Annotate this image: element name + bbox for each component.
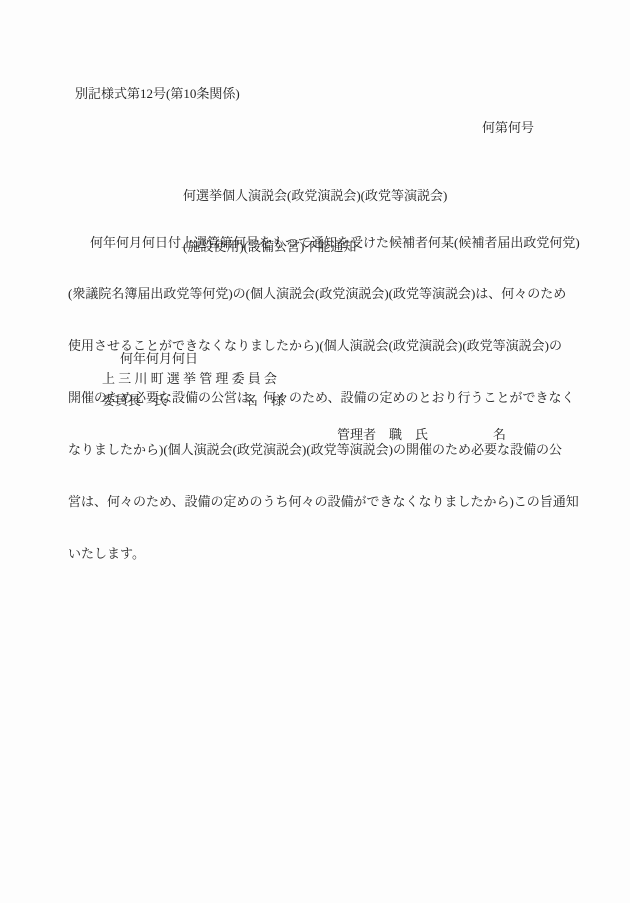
chairman-name-line: 委員長 氏 名 様 — [102, 392, 284, 409]
document-number: 何第何号 — [482, 119, 534, 136]
body-line: なりましたから)(個人演説会(政党演説会)(政党等演説会)の開催のため必要な設備… — [68, 441, 580, 458]
committee-name: 上三川町選挙管理委員会 — [102, 370, 280, 387]
body-line: 何年何月何日付上選管第何号をもつて通知を受けた候補者何某(候補者届出政党何党) — [68, 234, 580, 251]
body-line: 営は、何々のため、設備の定めのうち何々の設備ができなくなりましたから)この旨通知 — [68, 493, 580, 510]
form-reference: 別記様式第12号(第10条関係) — [75, 85, 240, 102]
body-line: いたします。 — [68, 545, 580, 562]
body-line: (衆議院名簿届出政党等何党)の(個人演説会(政党演説会)(政党等演説会)は、何々… — [68, 285, 580, 302]
date-line: 何年何月何日 — [120, 350, 198, 367]
manager-name-line: 管理者 職 氏 名 — [337, 426, 506, 443]
document-page: 別記様式第12号(第10条関係) 何第何号 何選挙個人演説会(政党演説会)(政党… — [0, 0, 630, 903]
